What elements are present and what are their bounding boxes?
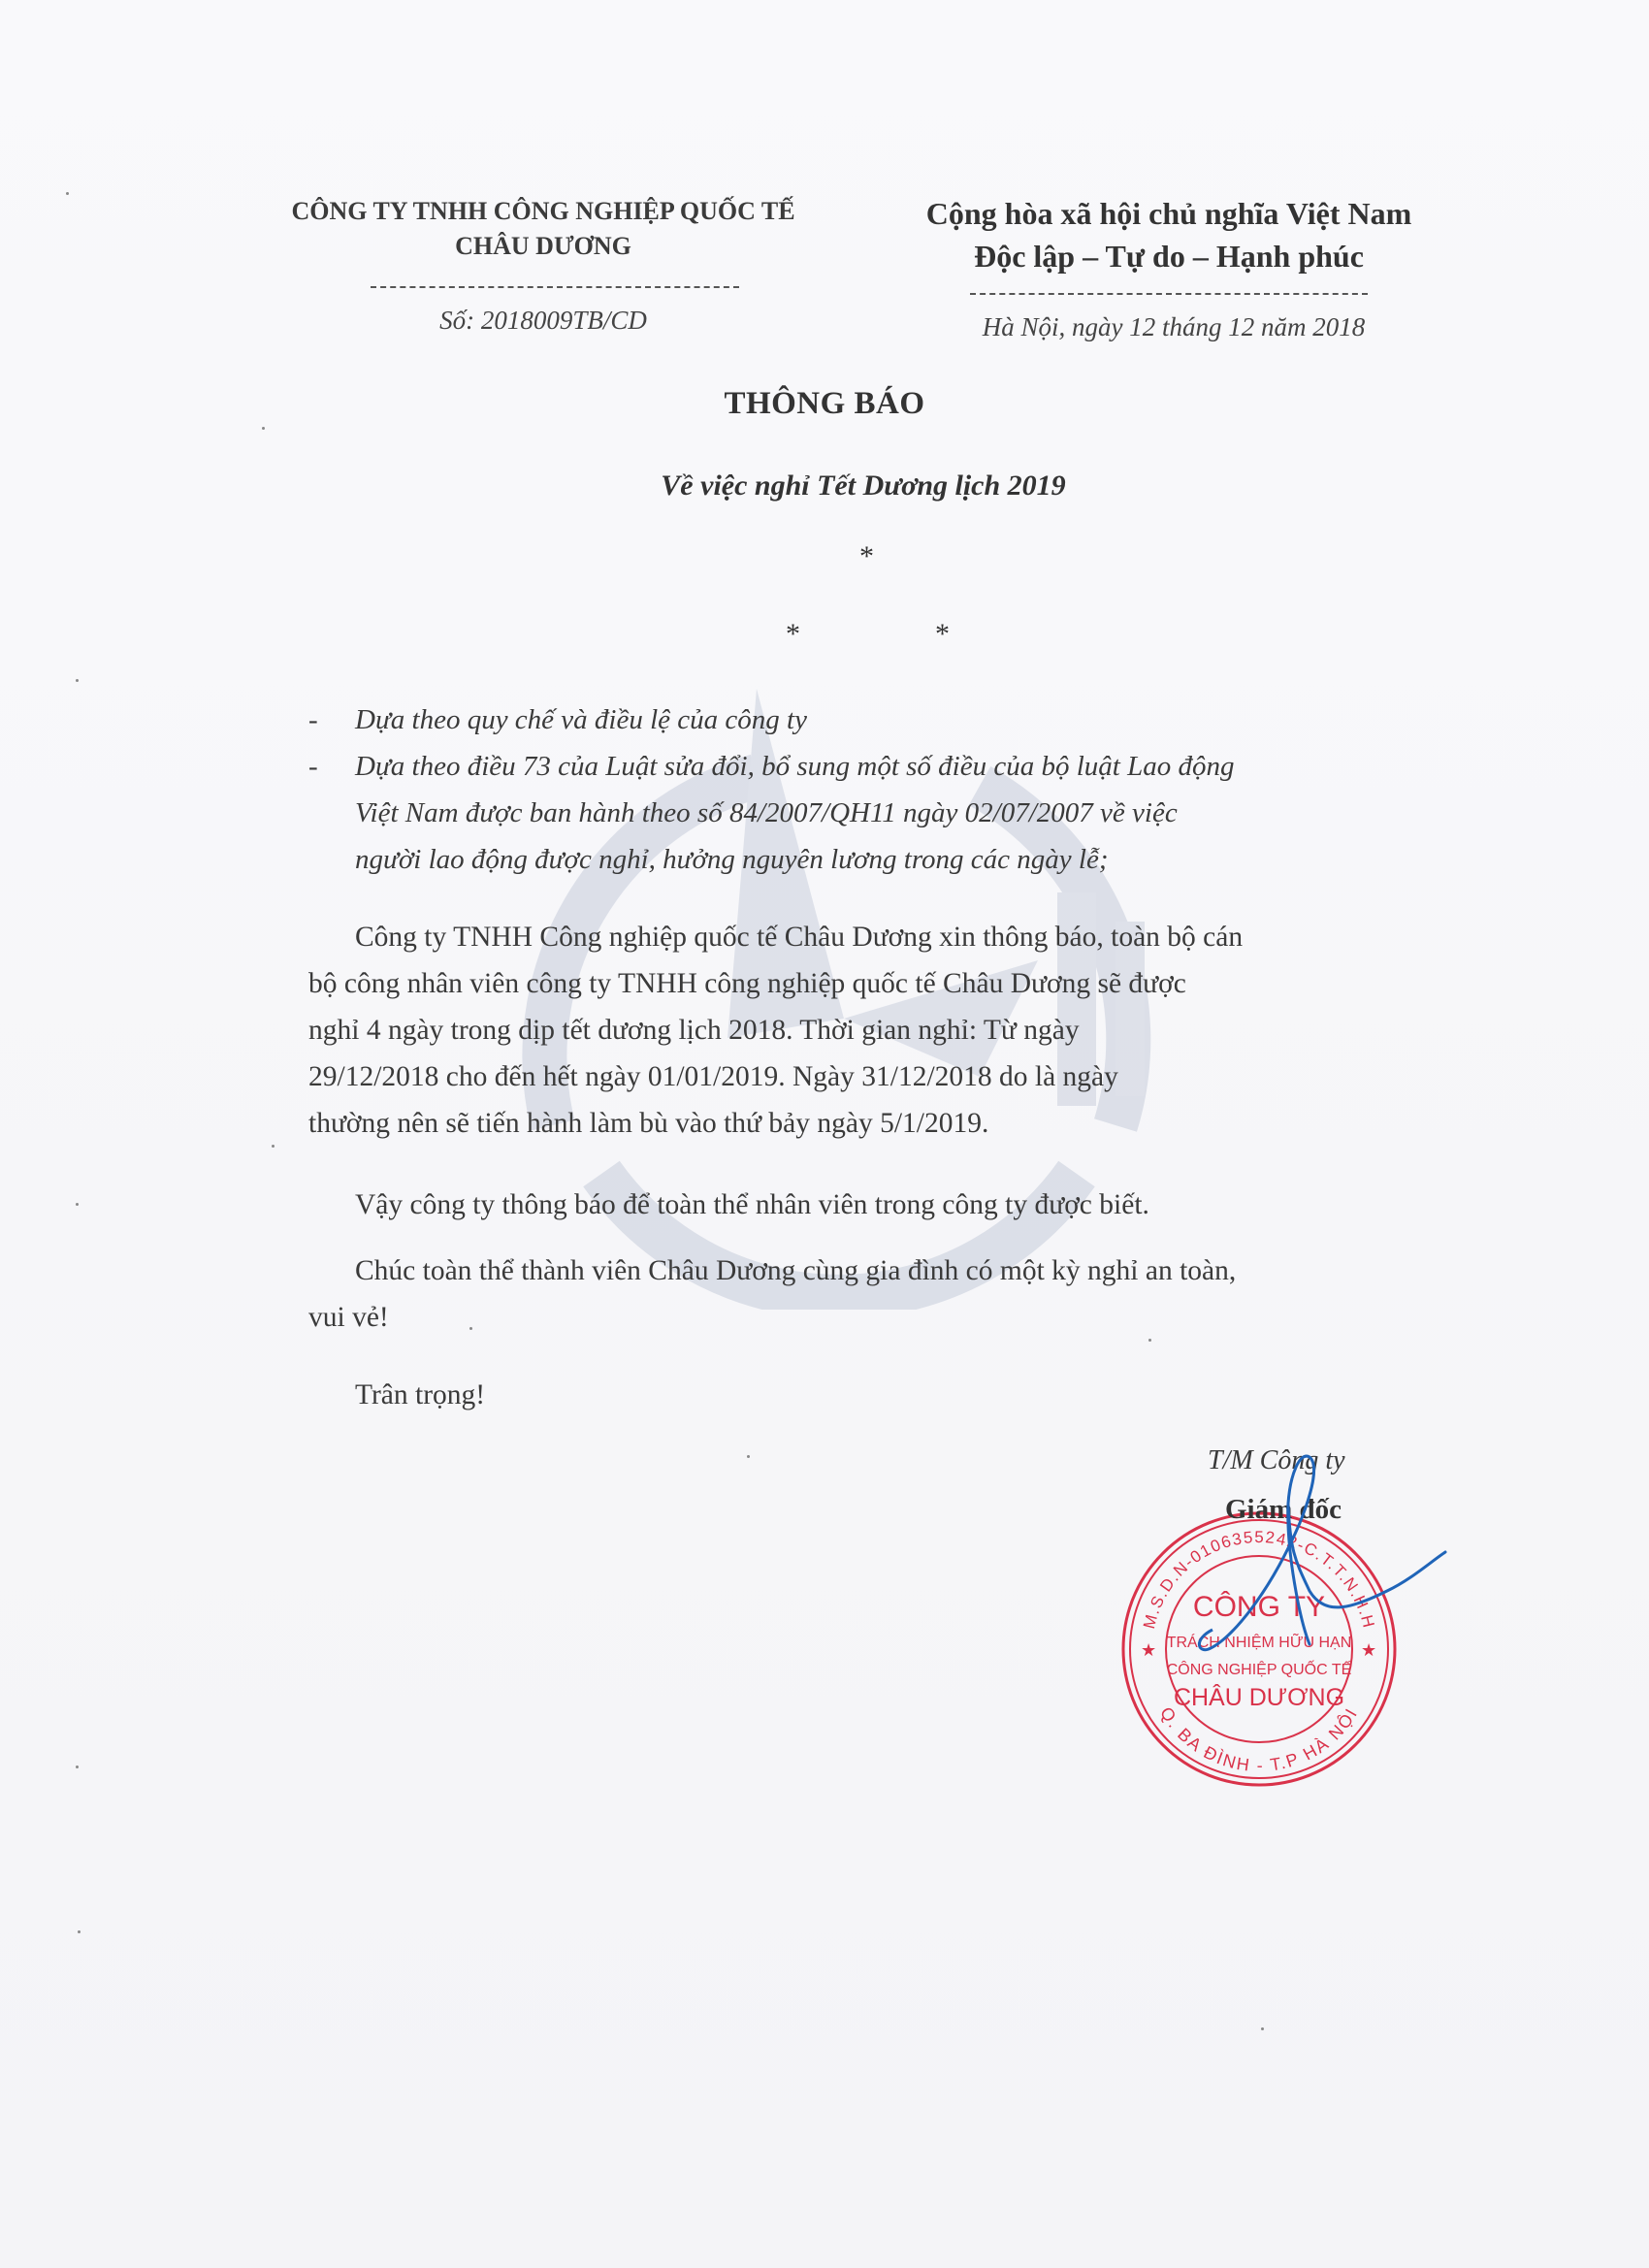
company-header: CÔNG TY TNHH CÔNG NGHIỆP QUỐC TẾ CHÂU DƯ… xyxy=(242,194,844,264)
paragraph-line: Chúc toàn thể thành viên Châu Dương cùng… xyxy=(308,1247,1521,1294)
scan-speck xyxy=(272,1145,275,1148)
ornament-star-right: * xyxy=(935,618,950,651)
motto: Độc lập – Tự do – Hạnh phúc xyxy=(854,235,1484,277)
scan-speck xyxy=(262,427,265,430)
list-item-line: Dựa theo quy chế và điều lệ của công ty xyxy=(355,697,807,743)
list-item-line: người lao động được nghỉ, hưởng nguyên l… xyxy=(355,836,1234,883)
paragraph-line: bộ công nhân viên công ty TNHH công nghi… xyxy=(308,960,1521,1007)
scan-speck xyxy=(78,1930,81,1933)
legal-basis-list: - Dựa theo quy chế và điều lệ của công t… xyxy=(308,697,1531,883)
paragraph-line: vui vẻ! xyxy=(308,1294,1521,1341)
paragraph-line: nghỉ 4 ngày trong dịp tết dương lịch 201… xyxy=(308,1007,1521,1053)
ornament-star-left: * xyxy=(786,618,800,651)
paragraph-line: thường nên sẽ tiến hành làm bù vào thứ b… xyxy=(308,1100,1521,1147)
paragraph-line: 29/12/2018 cho đến hết ngày 01/01/2019. … xyxy=(308,1053,1521,1100)
document-title: THÔNG BÁO xyxy=(0,386,1649,422)
ornament-star-top: * xyxy=(859,540,874,573)
closing-text: Trân trọng! xyxy=(308,1372,1568,1418)
bullet-dash: - xyxy=(308,697,355,743)
national-motto: Cộng hòa xã hội chủ nghĩa Việt Nam Độc l… xyxy=(854,192,1484,277)
company-name-line2: CHÂU DƯƠNG xyxy=(242,229,844,264)
company-name-line1: CÔNG TY TNHH CÔNG NGHIỆP QUỐC TẾ xyxy=(242,194,844,229)
scan-speck xyxy=(1261,2027,1264,2030)
left-header-divider xyxy=(371,286,739,288)
right-header-divider xyxy=(970,293,1368,295)
scan-speck xyxy=(76,1766,79,1768)
wish-paragraph: Chúc toàn thể thành viên Châu Dương cùng… xyxy=(308,1247,1521,1341)
document-subtitle: Về việc nghỉ Tết Dương lịch 2019 xyxy=(0,470,1649,502)
scan-speck xyxy=(469,1327,472,1330)
scan-speck xyxy=(76,1203,79,1206)
list-item: - Dựa theo điều 73 của Luật sửa đổi, bổ … xyxy=(308,743,1531,883)
list-item-line: Dựa theo điều 73 của Luật sửa đổi, bổ su… xyxy=(355,743,1234,790)
announcement-paragraph: Công ty TNHH Công nghiệp quốc tế Châu Dư… xyxy=(308,914,1521,1147)
handwritten-signature xyxy=(1154,1445,1465,1698)
country-name: Cộng hòa xã hội chủ nghĩa Việt Nam xyxy=(854,192,1484,235)
scan-speck xyxy=(747,1455,750,1458)
document-page: CÔNG TY TNHH CÔNG NGHIỆP QUỐC TẾ CHÂU DƯ… xyxy=(0,0,1649,2268)
list-item: - Dựa theo quy chế và điều lệ của công t… xyxy=(308,697,1531,743)
document-number: Số: 2018009TB/CD xyxy=(242,306,844,336)
scan-speck xyxy=(76,679,79,682)
scan-speck xyxy=(1148,1339,1151,1342)
place-and-date: Hà Nội, ngày 12 tháng 12 năm 2018 xyxy=(854,312,1494,342)
list-item-line: Việt Nam được ban hành theo số 84/2007/Q… xyxy=(355,790,1234,836)
notice-paragraph: Vậy công ty thông báo để toàn thể nhân v… xyxy=(308,1182,1568,1228)
bullet-dash: - xyxy=(308,743,355,883)
scan-speck xyxy=(66,192,69,195)
paragraph-line: Công ty TNHH Công nghiệp quốc tế Châu Dư… xyxy=(308,914,1521,960)
